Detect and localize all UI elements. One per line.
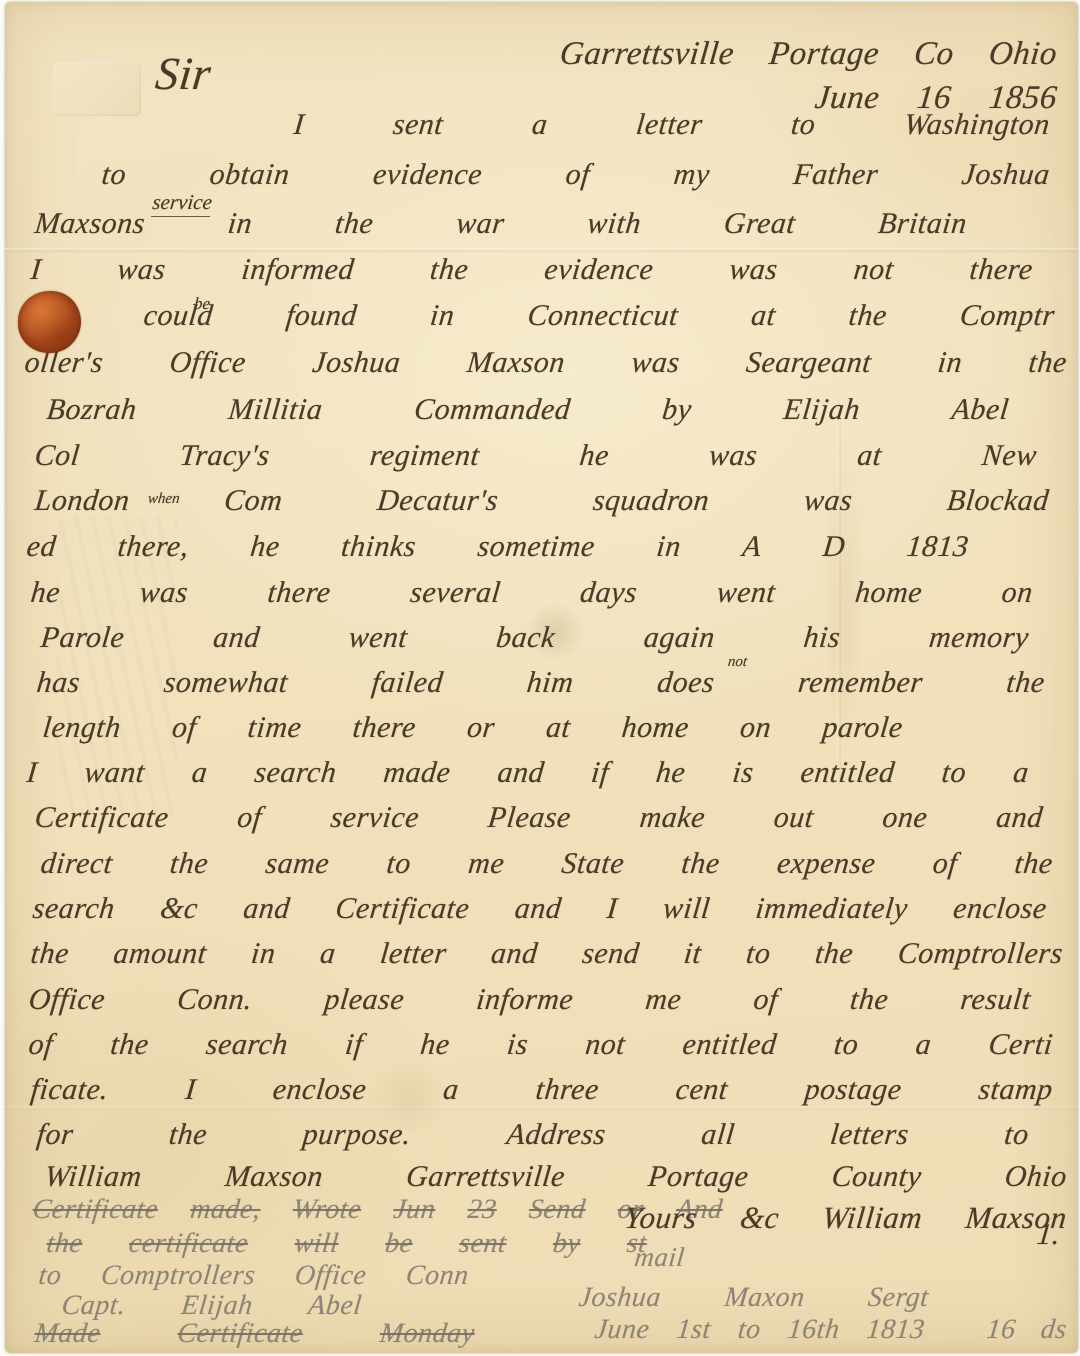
handwritten-word: the <box>29 937 71 972</box>
handwritten-word: the <box>167 1118 209 1153</box>
handwritten-word: Send <box>527 1194 587 1226</box>
handwritten-word: Made <box>33 1318 102 1350</box>
letter-line-body: Iwasinformedtheevidencewasnotthere <box>29 253 1035 288</box>
handwritten-word: Maxsons <box>33 207 147 242</box>
handwritten-word: the <box>847 299 889 334</box>
handwritten-word: Com <box>222 484 284 519</box>
letter-line-body: CertificateofservicePleasemakeoutoneand <box>33 801 1045 836</box>
letter-line-body: directthesametomeStatetheexpenseofthe <box>39 847 1055 882</box>
handwritten-word: he <box>654 756 687 791</box>
handwritten-word: there <box>351 711 418 746</box>
handwritten-word: County <box>830 1160 923 1195</box>
handwritten-word: somewhat <box>162 666 290 701</box>
handwritten-word: Portage <box>647 1160 751 1195</box>
handwritten-word: to <box>832 1028 860 1063</box>
handwritten-word: expense <box>775 847 877 882</box>
handwritten-word: 16th <box>786 1314 841 1346</box>
handwritten-word: sent <box>391 108 445 143</box>
handwritten-word: search <box>253 756 339 791</box>
handwritten-word: I <box>25 756 39 791</box>
handwritten-word: it <box>682 937 703 972</box>
handwritten-word: was <box>116 253 168 288</box>
letter-line-body: edthere,hethinkssometimeinAD1813 <box>25 530 971 565</box>
handwritten-word: search <box>31 892 117 927</box>
handwritten-word: and <box>211 621 261 656</box>
handwritten-word: be <box>384 1228 415 1260</box>
handwritten-word: Comptrollers <box>896 937 1065 972</box>
letter-line-body: IsentalettertoWashington <box>292 108 1052 143</box>
letter-line-pencil: 16ds <box>985 1314 1068 1346</box>
handwritten-word: postage <box>803 1073 903 1108</box>
handwritten-word: the <box>813 937 855 972</box>
handwritten-word: in <box>226 207 254 242</box>
handwritten-word: me <box>644 983 684 1018</box>
interlinear-insert: service <box>151 190 213 217</box>
handwritten-word: and <box>994 801 1044 836</box>
letter-line-body: hassomewhatfailedhimdoesrememberthe <box>35 666 1047 701</box>
handwritten-word: William <box>821 1200 925 1236</box>
handwritten-word: a <box>1011 756 1030 791</box>
letter-line-body: search&candCertificateandIwillimmediatel… <box>31 892 1049 927</box>
letter-paper: GarrettsvillePortageCoOhioJune161856SirI… <box>5 2 1078 1353</box>
handwritten-word: Elijah <box>782 393 862 428</box>
letter-line-body: ColTracy'sregimenthewasatNew <box>33 439 1039 474</box>
handwritten-word: there <box>266 576 333 611</box>
handwritten-word: in <box>249 937 277 972</box>
handwritten-word: in <box>655 530 683 565</box>
handwritten-word: is <box>731 756 756 791</box>
handwritten-word: letters <box>828 1118 910 1153</box>
handwritten-word: has <box>35 666 82 701</box>
handwritten-word: of <box>564 158 592 193</box>
handwritten-word: Monday <box>378 1318 476 1350</box>
handwritten-word: Certificate <box>33 801 170 836</box>
handwritten-word: if <box>344 1028 365 1063</box>
handwritten-word: certificate <box>127 1228 249 1260</box>
letter-line-body: ficate.Iencloseathreecentpostagestamp <box>29 1073 1055 1108</box>
handwritten-word: time <box>246 711 303 746</box>
handwritten-word: 1813 <box>905 530 971 565</box>
handwritten-word: of <box>170 711 198 746</box>
handwritten-word: the <box>428 253 470 288</box>
handwritten-word: Ohio <box>987 36 1059 74</box>
handwritten-word: in <box>428 299 456 334</box>
handwritten-word: of <box>236 801 264 836</box>
letter-line-body: theamountinaletterandsendittotheComptrol… <box>29 937 1065 972</box>
handwritten-word: sent <box>458 1228 508 1260</box>
handwritten-word: evidence <box>371 158 484 193</box>
handwritten-word: to <box>1003 1118 1031 1153</box>
handwritten-word: ficate. <box>29 1073 110 1108</box>
handwritten-word: Father <box>792 158 880 193</box>
handwritten-word: and <box>489 937 539 972</box>
handwritten-word: with <box>586 207 643 242</box>
handwritten-word: the <box>109 1028 151 1063</box>
handwritten-word: back <box>495 621 557 656</box>
handwritten-word: on <box>738 711 773 746</box>
handwritten-word: make <box>638 801 707 836</box>
handwritten-word: a <box>914 1028 933 1063</box>
letter-line-signature: Yours&cWilliamMaxson <box>623 1200 1069 1236</box>
handwritten-word: Connecticut <box>526 299 680 334</box>
handwritten-word: to <box>736 1314 762 1346</box>
handwritten-word: Millitia <box>227 393 325 428</box>
handwritten-word: not <box>584 1028 627 1063</box>
letter-line-body: Iwantasearchmadeandifheisentitledtoa <box>25 756 1031 791</box>
handwritten-word: Comptr <box>958 299 1056 334</box>
handwritten-word: and <box>496 756 546 791</box>
handwritten-word: I <box>184 1073 198 1108</box>
handwritten-word: three <box>534 1073 601 1108</box>
handwritten-word: of <box>752 983 780 1018</box>
letter-line-pencil: JoshuaMaxonSergt <box>577 1282 930 1314</box>
handwritten-word: ed <box>25 530 58 565</box>
letter-line-body: lengthoftimethereorathomeonparole <box>41 711 905 746</box>
handwritten-word: June <box>593 1314 651 1346</box>
handwritten-word: at <box>544 711 572 746</box>
handwritten-word: Office <box>27 983 107 1018</box>
handwritten-word: &c <box>158 892 199 927</box>
handwritten-word: or <box>465 711 496 746</box>
handwritten-word: is <box>505 1028 530 1063</box>
handwritten-word: does <box>656 666 717 701</box>
handwritten-word: result <box>959 983 1033 1018</box>
handwritten-word: by <box>661 393 694 428</box>
letter-line-body: OfficeConn.pleaseinformemeoftheresult <box>27 983 1033 1018</box>
handwritten-word: thinks <box>340 530 418 565</box>
handwritten-word: 1813 <box>865 1314 926 1346</box>
letter-line-pencil: Certificatemade,WroteJun23SendorAnd <box>31 1194 724 1226</box>
handwritten-word: Joshua <box>311 346 403 381</box>
handwritten-word: Garrettsville <box>404 1160 566 1195</box>
handwritten-word: the <box>1027 346 1069 381</box>
handwritten-word: a <box>530 108 549 143</box>
handwritten-word: Office <box>293 1260 368 1292</box>
handwritten-word: me <box>467 847 507 882</box>
handwritten-word: I <box>292 108 306 143</box>
handwritten-word: Office <box>168 346 248 381</box>
handwritten-word: a <box>442 1073 461 1108</box>
letter-line-body: LondonComDecatur'ssquadronwasBlockad <box>33 484 1051 519</box>
handwritten-word: if <box>589 756 610 791</box>
handwritten-word: days <box>578 576 639 611</box>
handwritten-word: to <box>940 756 968 791</box>
interlinear-insert: when <box>147 491 180 508</box>
handwritten-word: Portage <box>767 36 881 74</box>
handwritten-word: he <box>419 1028 452 1063</box>
handwritten-word: enclose <box>951 892 1048 927</box>
handwritten-word: Certi <box>987 1028 1055 1063</box>
handwritten-word: cent <box>674 1073 730 1108</box>
wax-seal <box>18 291 81 353</box>
handwritten-word: went <box>715 576 777 611</box>
handwritten-word: made, <box>189 1194 263 1226</box>
handwritten-word: was <box>728 253 780 288</box>
letter-line-body: toobtainevidenceofmyFatherJoshua <box>100 158 1052 193</box>
handwritten-word: he <box>578 439 611 474</box>
scanned-letter: GarrettsvillePortageCoOhioJune161856SirI… <box>0 0 1080 1356</box>
handwritten-word: memory <box>927 621 1030 656</box>
handwritten-word: the <box>333 207 375 242</box>
handwritten-word: on <box>1000 576 1035 611</box>
handwritten-word: evidence <box>543 253 656 288</box>
handwritten-word: send <box>580 937 641 972</box>
handwritten-word: same <box>264 847 331 882</box>
handwritten-word: was <box>630 346 682 381</box>
handwritten-word: Bozrah <box>45 393 138 428</box>
handwriting-layer: GarrettsvillePortageCoOhioJune161856SirI… <box>5 2 1078 1353</box>
handwritten-word: Certificate <box>31 1194 160 1226</box>
handwritten-word: regiment <box>368 439 481 474</box>
handwritten-word: Col <box>33 439 81 474</box>
handwritten-word: home <box>853 576 924 611</box>
handwritten-word: purpose. <box>301 1118 413 1153</box>
interlinear-insert: not <box>727 654 748 671</box>
handwritten-word: Ohio <box>1003 1160 1069 1195</box>
handwritten-word: failed <box>370 666 445 701</box>
handwritten-word: letter <box>634 108 704 143</box>
handwritten-word: entitled <box>681 1028 779 1063</box>
handwritten-word: at <box>749 299 777 334</box>
handwritten-word: Tracy's <box>178 439 272 474</box>
handwritten-word: by <box>551 1228 582 1260</box>
handwritten-word: Maxon <box>723 1282 807 1314</box>
handwritten-word: in <box>936 346 964 381</box>
handwritten-word: all <box>700 1118 737 1153</box>
handwritten-word: of <box>931 847 959 882</box>
handwritten-word: direct <box>39 847 115 882</box>
handwritten-word: Maxson <box>223 1160 325 1195</box>
letter-line-pencil: toComptrollersOfficeConn <box>37 1260 470 1292</box>
handwritten-word: my <box>672 158 712 193</box>
letter-line-pencil: June1stto16th1813 <box>593 1314 926 1346</box>
handwritten-word: found <box>284 299 358 334</box>
handwritten-word: I <box>29 253 43 288</box>
handwritten-word: Comptrollers <box>99 1260 257 1292</box>
handwritten-word: 16 <box>985 1314 1017 1346</box>
handwritten-word: Co <box>912 36 956 74</box>
handwritten-word: Parole <box>39 621 126 656</box>
handwritten-word: out <box>772 801 815 836</box>
handwritten-word: there <box>968 253 1035 288</box>
handwritten-word: letter <box>378 937 448 972</box>
handwritten-word: Great <box>722 207 797 242</box>
handwritten-word: enclose <box>271 1073 368 1108</box>
handwritten-word: there, <box>116 530 191 565</box>
handwritten-word: home <box>620 711 691 746</box>
handwritten-word: the <box>168 847 210 882</box>
handwritten-word: and <box>513 892 563 927</box>
handwritten-word: him <box>525 666 575 701</box>
handwritten-word: I <box>605 892 619 927</box>
letter-line-body: WilliamMaxsonGarrettsvillePortageCountyO… <box>43 1160 1069 1195</box>
handwritten-word: Maxson <box>465 346 567 381</box>
handwritten-word: to <box>37 1260 63 1292</box>
handwritten-word: Commanded <box>412 393 572 428</box>
handwritten-word: the <box>680 847 722 882</box>
handwritten-word: of <box>27 1028 55 1063</box>
handwritten-word: Abel <box>950 393 1011 428</box>
handwritten-word: Conn <box>404 1260 470 1292</box>
handwritten-word: Certificate <box>334 892 471 927</box>
handwritten-word: William <box>43 1160 143 1195</box>
handwritten-word: informed <box>240 253 356 288</box>
handwritten-word: Jun <box>392 1194 437 1226</box>
handwritten-word: Garrettsville <box>558 36 736 74</box>
handwritten-word: a <box>318 937 337 972</box>
letter-line-body: butcouldfoundinConnecticutattheComptr <box>29 299 1057 334</box>
handwritten-word: 1st <box>675 1314 713 1346</box>
letter-line-body: BozrahMillitiaCommandedbyElijahAbel <box>45 393 1011 428</box>
handwritten-word: want <box>83 756 147 791</box>
handwritten-word: was <box>802 484 854 519</box>
handwritten-word: parole <box>821 711 905 746</box>
handwritten-word: not <box>852 253 895 288</box>
handwritten-word: and <box>242 892 292 927</box>
handwritten-word: several <box>409 576 503 611</box>
handwritten-word: State <box>560 847 626 882</box>
letter-line-mark: 1. <box>1035 1218 1062 1253</box>
handwritten-word: Joshua <box>577 1282 663 1314</box>
interlinear-insert: be <box>193 294 211 314</box>
handwritten-word: for <box>35 1118 75 1153</box>
handwritten-word: remember <box>796 666 924 701</box>
handwritten-word: Blockad <box>945 484 1050 519</box>
handwritten-word: amount <box>112 937 209 972</box>
letter-line-pencil: mail <box>633 1242 686 1273</box>
letter-line-pencil: MadeCertificateMonday <box>33 1318 476 1350</box>
handwritten-word: his <box>802 621 842 656</box>
handwritten-word: London <box>33 484 131 519</box>
handwritten-word: D <box>821 530 847 565</box>
handwritten-word: A <box>741 530 763 565</box>
handwritten-word: Certificate <box>176 1318 305 1350</box>
handwritten-word: was <box>138 576 190 611</box>
handwritten-word: Wrote <box>291 1194 363 1226</box>
handwritten-word: made <box>382 756 453 791</box>
letter-line-body: forthepurpose.Addressalllettersto <box>35 1118 1031 1153</box>
handwritten-word: Britain <box>876 207 968 242</box>
letter-line-body: Paroleandwentbackagainhismemory <box>39 621 1031 656</box>
handwritten-word: to <box>744 937 772 972</box>
handwritten-word: the <box>1013 847 1055 882</box>
handwritten-word: at <box>856 439 884 474</box>
handwritten-word: Joshua <box>960 158 1052 193</box>
letter-line-pencil: thecertificatewillbesentbyst <box>45 1228 648 1260</box>
handwritten-word: one <box>881 801 929 836</box>
letter-line-salutation: Sir <box>153 48 214 101</box>
handwritten-word: the <box>45 1228 84 1260</box>
handwritten-word: sometime <box>476 530 597 565</box>
handwritten-word: was <box>707 439 759 474</box>
handwritten-word: immediately <box>754 892 910 927</box>
handwritten-word: he <box>29 576 62 611</box>
handwritten-word: entitled <box>799 756 897 791</box>
handwritten-word: Conn. <box>176 983 255 1018</box>
handwritten-word: service <box>329 801 421 836</box>
handwritten-word: obtain <box>208 158 291 193</box>
letter-line-body: hewasthereseveraldayswenthomeon <box>29 576 1035 611</box>
handwritten-word: ds <box>1039 1314 1068 1346</box>
handwritten-word: squadron <box>591 484 711 519</box>
handwritten-word: war <box>454 207 506 242</box>
handwritten-word: Seargeant <box>744 346 873 381</box>
handwritten-word: search <box>204 1028 290 1063</box>
handwritten-word: &c <box>738 1200 781 1236</box>
handwritten-word: again <box>642 621 716 656</box>
handwritten-word: length <box>41 711 123 746</box>
handwritten-word: New <box>980 439 1038 474</box>
handwritten-word: to <box>789 108 817 143</box>
handwritten-word: Decatur's <box>375 484 500 519</box>
handwritten-word: he <box>249 530 282 565</box>
handwritten-word: the <box>848 983 890 1018</box>
handwritten-word: informe <box>475 983 575 1018</box>
handwritten-word: went <box>347 621 409 656</box>
handwritten-word: Washington <box>902 108 1051 143</box>
handwritten-word: Please <box>486 801 573 836</box>
handwritten-word: the <box>1005 666 1047 701</box>
handwritten-word: oller's <box>23 346 105 381</box>
handwritten-word: to <box>385 847 413 882</box>
handwritten-word: stamp <box>977 1073 1055 1108</box>
handwritten-word: Sergt <box>866 1282 930 1314</box>
handwritten-word: will <box>661 892 712 927</box>
letter-line-body: ofthesearchifheisnotentitledtoaCerti <box>27 1028 1055 1063</box>
letter-line-body: oller'sOfficeJoshuaMaxsonwasSeargeantint… <box>23 346 1069 381</box>
handwritten-word: will <box>293 1228 340 1260</box>
handwritten-word: to <box>100 158 128 193</box>
handwritten-word: please <box>323 983 406 1018</box>
handwritten-word: a <box>190 756 209 791</box>
letter-line-heading: GarrettsvillePortageCoOhio <box>558 36 1059 74</box>
handwritten-word: 23 <box>466 1194 498 1226</box>
handwritten-word: Address <box>505 1118 608 1153</box>
